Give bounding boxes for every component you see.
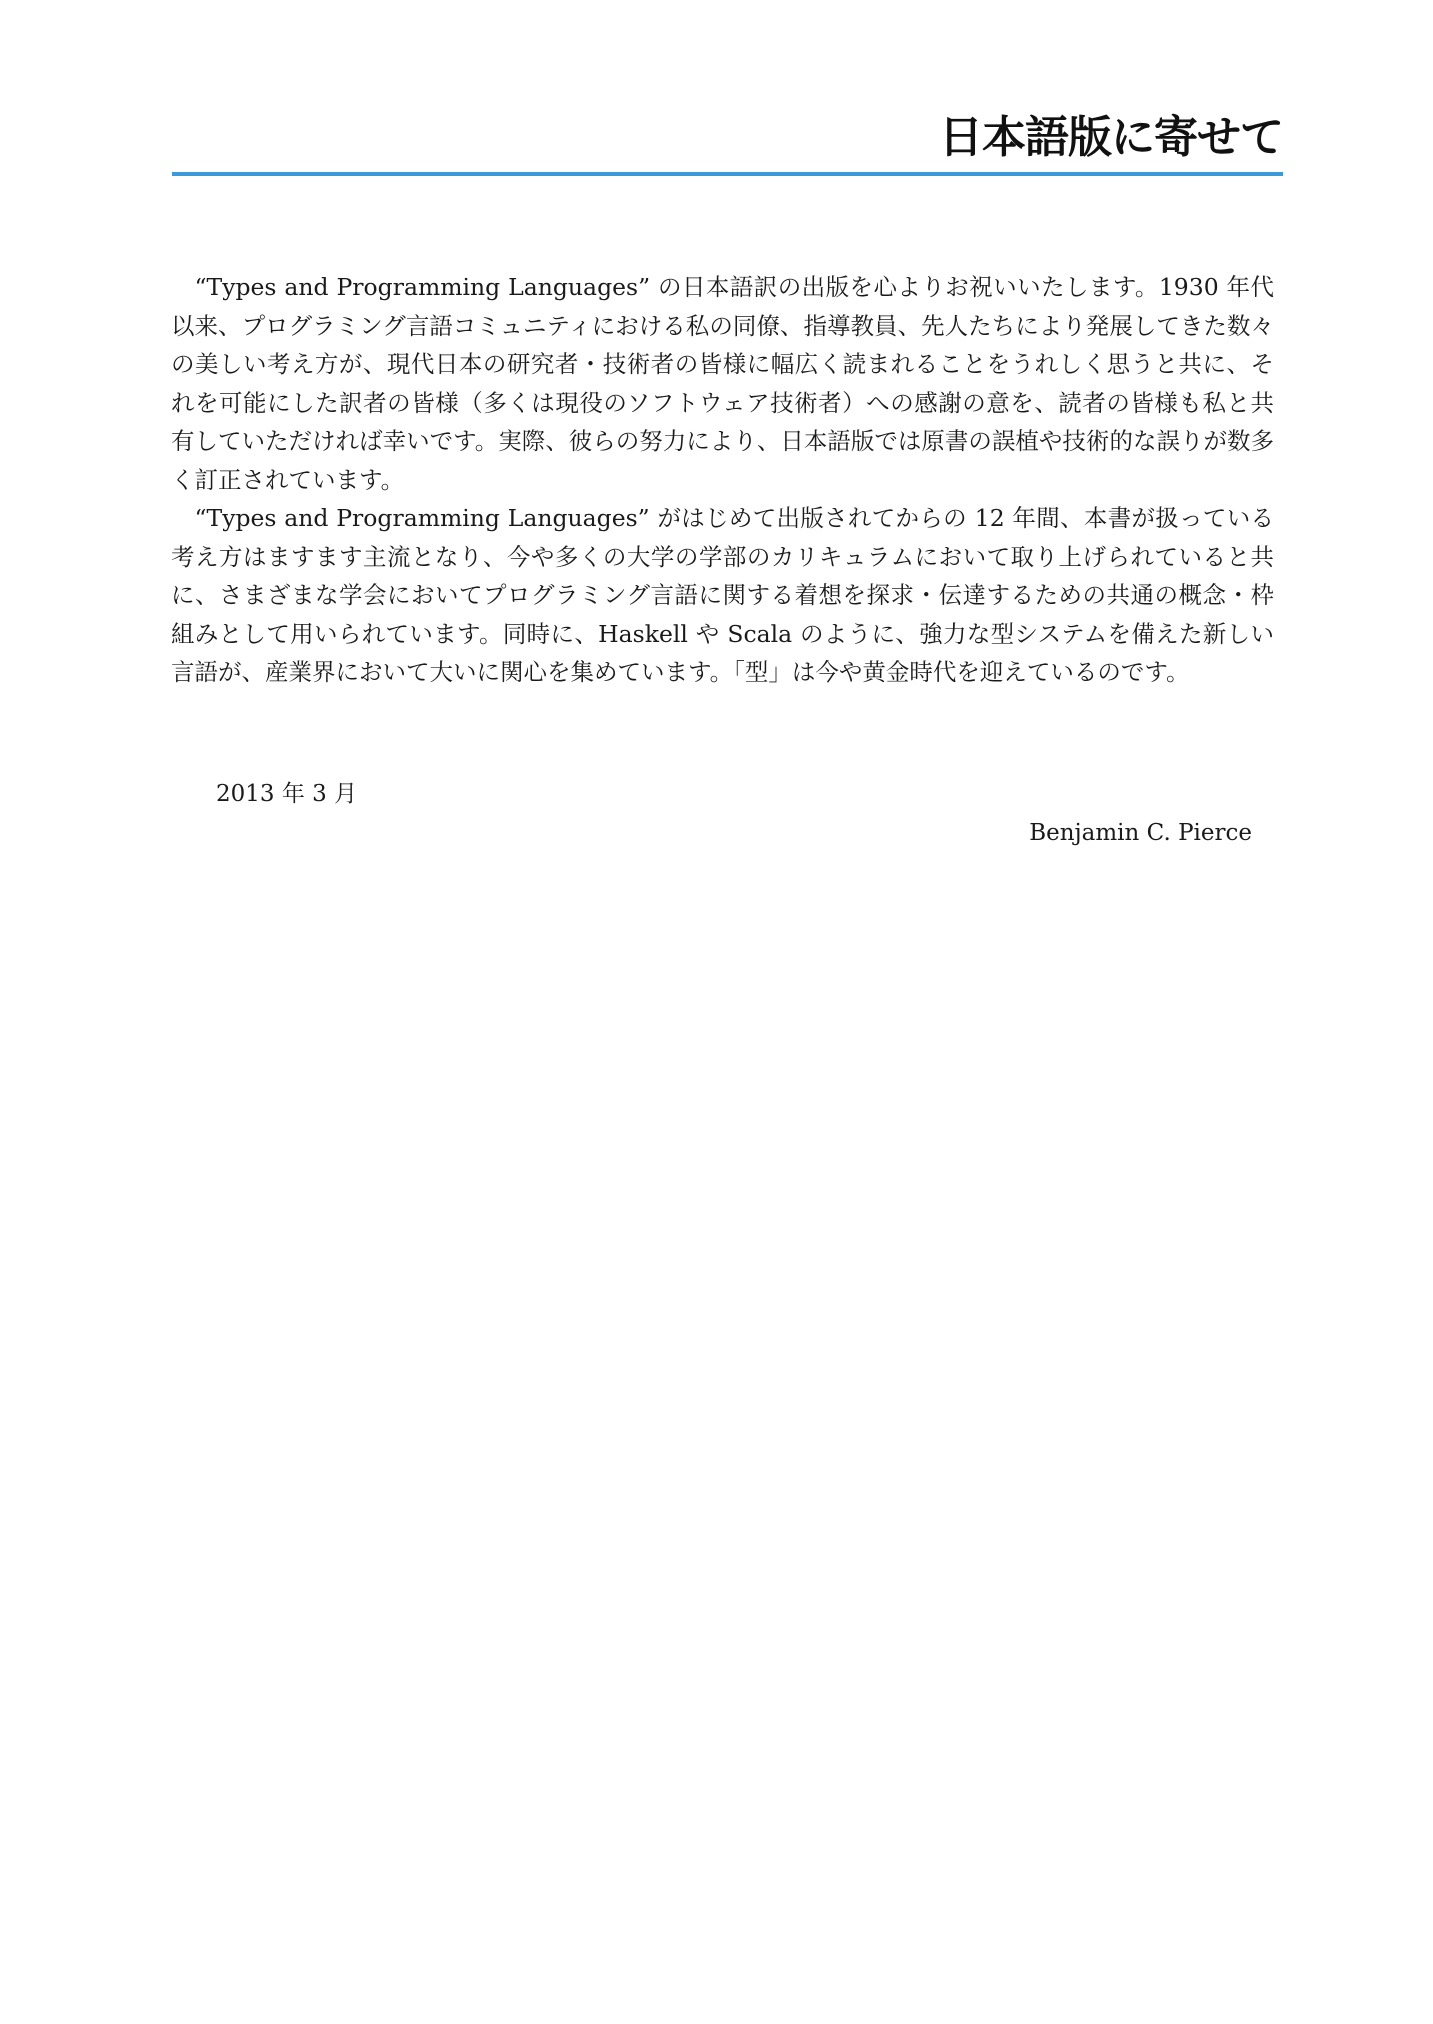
document-page: 日本語版に寄せて “Types and Programming Language… (0, 0, 1433, 2024)
paragraph: “Types and Programming Languages” がはじめて出… (171, 499, 1274, 692)
title-underline-divider (172, 172, 1283, 176)
paragraph: “Types and Programming Languages” の日本語訳の… (171, 268, 1274, 499)
body-text: “Types and Programming Languages” の日本語訳の… (171, 268, 1274, 692)
date-line: 2013 年 3 月 (216, 775, 357, 808)
author-signature: Benjamin C. Pierce (1029, 820, 1252, 846)
page-title: 日本語版に寄せて (939, 108, 1283, 168)
